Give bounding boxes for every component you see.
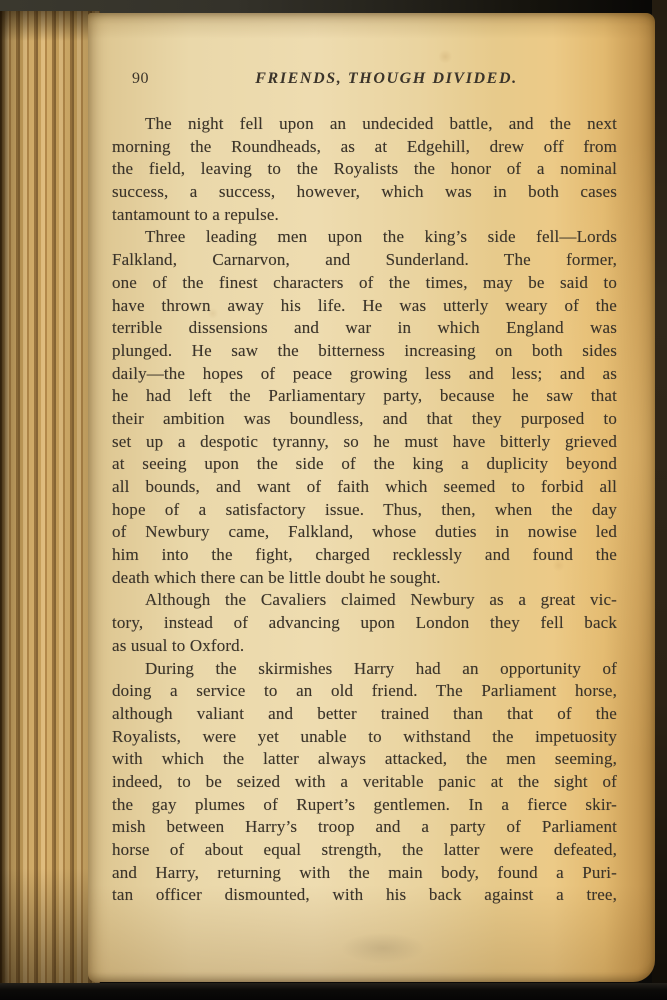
text-line: one of the finest characters of the time… bbox=[112, 272, 617, 295]
text-line: as usual to Oxford. bbox=[112, 635, 617, 658]
text-line: terrible dissensions and war in which En… bbox=[112, 317, 617, 340]
text-line: The night fell upon an undecided battle,… bbox=[112, 113, 617, 136]
text-line: him into the fight, charged recklessly a… bbox=[112, 544, 617, 567]
text-line: although valiant and better trained than… bbox=[112, 703, 617, 726]
text-line: the field, leaving to the Royalists the … bbox=[112, 158, 617, 181]
text-line: and Harry, returning with the main body,… bbox=[112, 862, 617, 885]
text-line: at seeing upon the side of the king a du… bbox=[112, 453, 617, 476]
text-line: Royalists, were yet unable to withstand … bbox=[112, 726, 617, 749]
backdrop-bottom bbox=[0, 983, 667, 1000]
text-line: tory, instead of advancing upon London t… bbox=[112, 612, 617, 635]
scanned-book-photo: { "colors": { "ink": "#3b342a", "paper":… bbox=[0, 0, 667, 1000]
text-line: all bounds, and want of faith which seem… bbox=[112, 476, 617, 499]
text-line: the gay plumes of Rupert’s gentlemen. In… bbox=[112, 794, 617, 817]
book-cover-top-edge bbox=[0, 0, 667, 13]
book-page: 90 FRIENDS, THOUGH DIVIDED. The night fe… bbox=[88, 13, 655, 982]
running-title: FRIENDS, THOUGH DIVIDED. bbox=[255, 70, 517, 88]
running-head: 90 FRIENDS, THOUGH DIVIDED. bbox=[112, 70, 617, 94]
text-line: horse of about equal strength, the latte… bbox=[112, 839, 617, 862]
paragraph: The night fell upon an undecided battle,… bbox=[112, 113, 617, 226]
paragraph: During the skirmishes Harry had an oppor… bbox=[112, 658, 617, 908]
text-block: 90 FRIENDS, THOUGH DIVIDED. The night fe… bbox=[112, 70, 617, 907]
text-line: he had left the Parliamentary party, bec… bbox=[112, 385, 617, 408]
text-line: Three leading men upon the king’s side f… bbox=[112, 226, 617, 249]
text-line: success, a success, however, which was i… bbox=[112, 181, 617, 204]
stacked-page-edges bbox=[0, 11, 100, 985]
text-line: hope of a satisfactory issue. Thus, then… bbox=[112, 499, 617, 522]
text-line: During the skirmishes Harry had an oppor… bbox=[112, 658, 617, 681]
text-line: Although the Cavaliers claimed Newbury a… bbox=[112, 589, 617, 612]
text-line: death which there can be little doubt he… bbox=[112, 567, 617, 590]
text-line: tantamount to a repulse. bbox=[112, 204, 617, 227]
text-line: their ambition was boundless, and that t… bbox=[112, 408, 617, 431]
page-number: 90 bbox=[132, 70, 149, 88]
text-line: with which the latter always attacked, t… bbox=[112, 748, 617, 771]
text-line: morning the Roundheads, as at Edgehill, … bbox=[112, 136, 617, 159]
text-line: mish between Harry’s troop and a party o… bbox=[112, 816, 617, 839]
body-text: The night fell upon an undecided battle,… bbox=[112, 113, 617, 907]
text-line: Falkland, Carnarvon, and Sunderland. The… bbox=[112, 249, 617, 272]
text-line: daily—the hopes of peace growing less an… bbox=[112, 363, 617, 386]
text-line: tan officer dismounted, with his back ag… bbox=[112, 884, 617, 907]
text-line: doing a service to an old friend. The Pa… bbox=[112, 680, 617, 703]
text-line: plunged. He saw the bitterness increasin… bbox=[112, 340, 617, 363]
text-line: have thrown away his life. He was utterl… bbox=[112, 295, 617, 318]
text-line: indeed, to be seized with a veritable pa… bbox=[112, 771, 617, 794]
paragraph: Although the Cavaliers claimed Newbury a… bbox=[112, 589, 617, 657]
text-line: of Newbury came, Falkland, whose duties … bbox=[112, 521, 617, 544]
paragraph: Three leading men upon the king’s side f… bbox=[112, 226, 617, 589]
text-line: set up a despotic tyranny, so he must ha… bbox=[112, 431, 617, 454]
